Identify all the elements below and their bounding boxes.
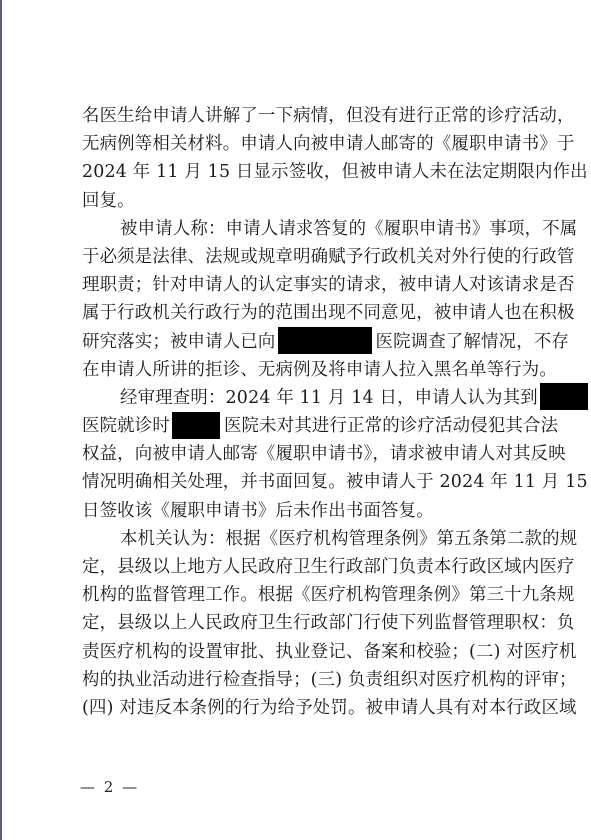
text-line: 权益，向被申请人邮寄《履职申请书》，请求被申请人对其反映 [82,440,524,468]
text-line: 在申请人所讲的拒诊、无病例及将申请人拉入黑名单等行为。 [82,356,524,384]
text-segment: 研究落实；被申请人已向 [82,332,276,352]
text-line: 构的执业活动进行检查指导；(三) 负责组织对医疗机构的评审； [82,666,524,694]
text-line: 情况明确相关处理，并书面回复。被申请人于 2024 年 11 月 15 [82,468,524,496]
text-line: 回复。 [82,187,524,215]
document-page: 名医生给申请人讲解了一下病情，但没有进行正常的诊疗活动， 无病例等相关材料。申请… [82,102,524,722]
text-line: 于必须是法律、法规或规章明确赋予行政机关对外行使的行政管 [82,243,524,271]
text-line: 责医疗机构的设置审批、执业登记、备案和校验；(二) 对医疗机 [82,638,524,666]
text-line: 日签收该《履职申请书》后未作出书面答复。 [82,497,524,525]
text-segment: 医院就诊时 [82,416,170,436]
text-line: 机构的监督管理工作。根据《医疗机构管理条例》第三十九条规 [82,581,524,609]
text-line: 理职责；针对申请人的认定事实的请求，被申请人对该请求是否 [82,271,524,299]
text-segment: 医院调查了解情况，不存 [376,332,570,352]
text-line-with-redaction: 医院就诊时医院未对其进行正常的诊疗活动侵犯其合法 [82,412,524,440]
page-left-border [0,0,2,840]
text-line-with-redaction: 研究落实；被申请人已向医院调查了解情况，不存 [82,328,524,356]
text-line: 无病例等相关材料。申请人向被申请人邮寄的《履职申请书》于 [82,130,524,158]
text-line: 名医生给申请人讲解了一下病情，但没有进行正常的诊疗活动， [82,102,524,130]
redaction-box [540,383,588,410]
text-segment: 医院未对其进行正常的诊疗活动侵犯其合法 [224,416,558,436]
page-number: — 2 — [80,778,139,796]
text-line: 定，县级以上人民政府卫生行政部门行使下列监督管理职权：负 [82,609,524,637]
text-line: 本机关认为：根据《医疗机构管理条例》第五条第二款的规 [82,525,524,553]
text-line: 属于行政机关行政行为的范围出现不同意见，被申请人也在积极 [82,299,524,327]
text-line-with-redaction: 经审理查明：2024 年 11 月 14 日，申请人认为其到 [82,384,524,412]
text-line: 定，县级以上地方人民政府卫生行政部门负责本行政区域内医疗 [82,553,524,581]
text-line: (四) 对违反本条例的行为给予处罚。被申请人具有对本行政区域 [82,694,524,722]
redaction-box [172,412,220,439]
text-line: 被申请人称：申请人请求答复的《履职申请书》事项，不属 [82,215,524,243]
redaction-box [278,327,372,354]
text-segment: 经审理查明：2024 年 11 月 14 日，申请人认为其到 [120,388,538,408]
text-line: 2024 年 11 月 15 日显示签收，但被申请人未在法定期限内作出 [82,158,524,186]
